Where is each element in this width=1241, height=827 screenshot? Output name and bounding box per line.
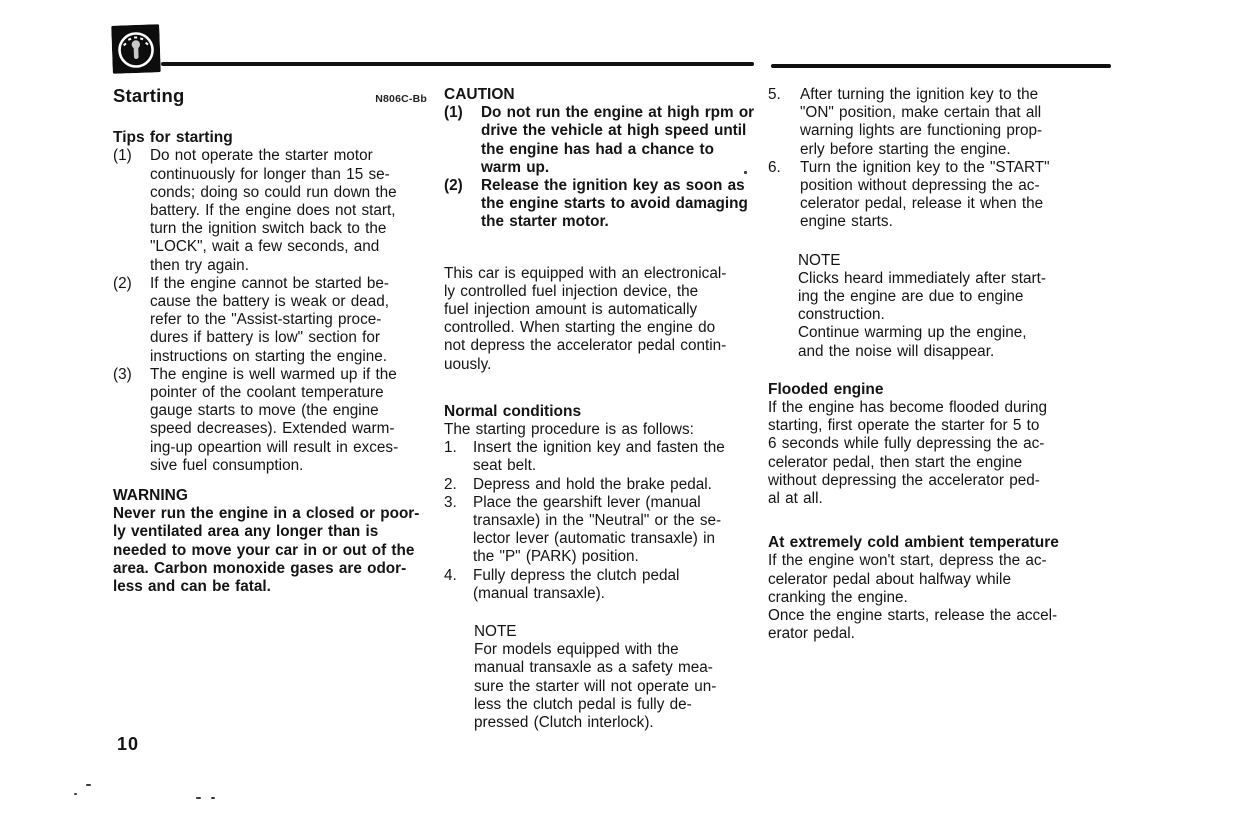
note-block: NOTE Clicks heard immediately after star…: [798, 252, 1112, 361]
step-number: 6.: [768, 159, 800, 177]
flooded-engine-text: If the engine has become flooded during …: [768, 399, 1112, 508]
flooded-engine-heading: Flooded engine: [768, 381, 1112, 399]
caution-item: (1) Do not run the engine at high rpm or…: [444, 104, 761, 177]
header-rule-left: [161, 62, 754, 66]
step-text: Turn the ignition key to the "START" pos…: [800, 159, 1050, 232]
step-number: 2.: [444, 476, 473, 494]
procedure-step: 3. Place the gearshift lever (manual tra…: [444, 494, 761, 567]
caution-heading: CAUTION: [444, 86, 761, 104]
step-number: 4.: [444, 567, 473, 585]
tip-item-text: If the engine cannot be started be- caus…: [150, 275, 389, 366]
left-column: Starting N806C-Bb Tips for starting (1) …: [113, 86, 439, 596]
tip-item: (2) If the engine cannot be started be- …: [113, 275, 439, 366]
note-block: NOTE For models equipped with the manual…: [474, 623, 761, 732]
section-title-row: Starting N806C-Bb: [113, 86, 439, 108]
normal-conditions-heading: Normal conditions: [444, 403, 761, 421]
normal-conditions-intro: The starting procedure is as follows:: [444, 421, 761, 439]
step-number: 1.: [444, 439, 473, 457]
middle-column: CAUTION (1) Do not run the engine at hig…: [444, 86, 761, 732]
ignition-start-gauge-icon: [111, 24, 161, 74]
warning-text: Never run the engine in a closed or poor…: [113, 505, 439, 596]
caution-item-number: (1): [444, 104, 481, 122]
step-text: Place the gearshift lever (manual transa…: [473, 494, 721, 567]
scan-speck: [74, 793, 77, 795]
note-heading: NOTE: [798, 252, 1112, 270]
step-text: Insert the ignition key and fasten the s…: [473, 439, 725, 475]
procedure-step: 2. Depress and hold the brake pedal.: [444, 476, 761, 494]
manual-page: Starting N806C-Bb Tips for starting (1) …: [0, 0, 1241, 827]
scan-speck: [744, 171, 747, 174]
scan-speck: [211, 797, 215, 799]
step-number: 3.: [444, 494, 473, 512]
note-text: Clicks heard immediately after start- in…: [798, 270, 1112, 361]
procedure-step: 6. Turn the ignition key to the "START" …: [768, 159, 1112, 232]
step-text: Fully depress the clutch pedal (manual t…: [473, 567, 679, 603]
step-text: Depress and hold the brake pedal.: [473, 476, 712, 494]
procedure-step: 1. Insert the ignition key and fasten th…: [444, 439, 761, 475]
page-title: Starting: [113, 86, 185, 106]
tip-item: (3) The engine is well warmed up if the …: [113, 366, 439, 475]
caution-item-text: Release the ignition key as soon as the …: [481, 177, 748, 232]
note-text: For models equipped with the manual tran…: [474, 641, 761, 732]
procedure-step: 5. After turning the ignition key to the…: [768, 86, 1112, 159]
scan-speck: [196, 797, 201, 799]
tip-item-number: (1): [113, 147, 150, 165]
tip-item-number: (2): [113, 275, 150, 293]
section-code: N806C-Bb: [375, 90, 427, 108]
step-text: After turning the ignition key to the "O…: [800, 86, 1042, 159]
step-number: 5.: [768, 86, 800, 104]
tips-heading: Tips for starting: [113, 129, 439, 147]
procedure-step: 4. Fully depress the clutch pedal (manua…: [444, 567, 761, 603]
tip-item-text: The engine is well warmed up if the poin…: [150, 366, 398, 475]
caution-item-number: (2): [444, 177, 481, 195]
fuel-injection-paragraph: This car is equipped with an electronica…: [444, 265, 761, 374]
tip-item: (1) Do not operate the starter motor con…: [113, 147, 439, 274]
caution-item-text: Do not run the engine at high rpm or dri…: [481, 104, 754, 177]
warning-heading: WARNING: [113, 487, 439, 505]
page-number: 10: [117, 734, 139, 755]
tip-item-text: Do not operate the starter motor continu…: [150, 147, 397, 274]
note-heading: NOTE: [474, 623, 761, 641]
scan-speck: [86, 784, 91, 786]
header-rule-right: [771, 64, 1111, 68]
cold-temperature-text: If the engine won't start, depress the a…: [768, 552, 1112, 643]
tip-item-number: (3): [113, 366, 150, 384]
cold-temperature-heading: At extremely cold ambient temperature: [768, 534, 1112, 552]
right-column: 5. After turning the ignition key to the…: [768, 86, 1112, 643]
caution-item: (2) Release the ignition key as soon as …: [444, 177, 761, 232]
